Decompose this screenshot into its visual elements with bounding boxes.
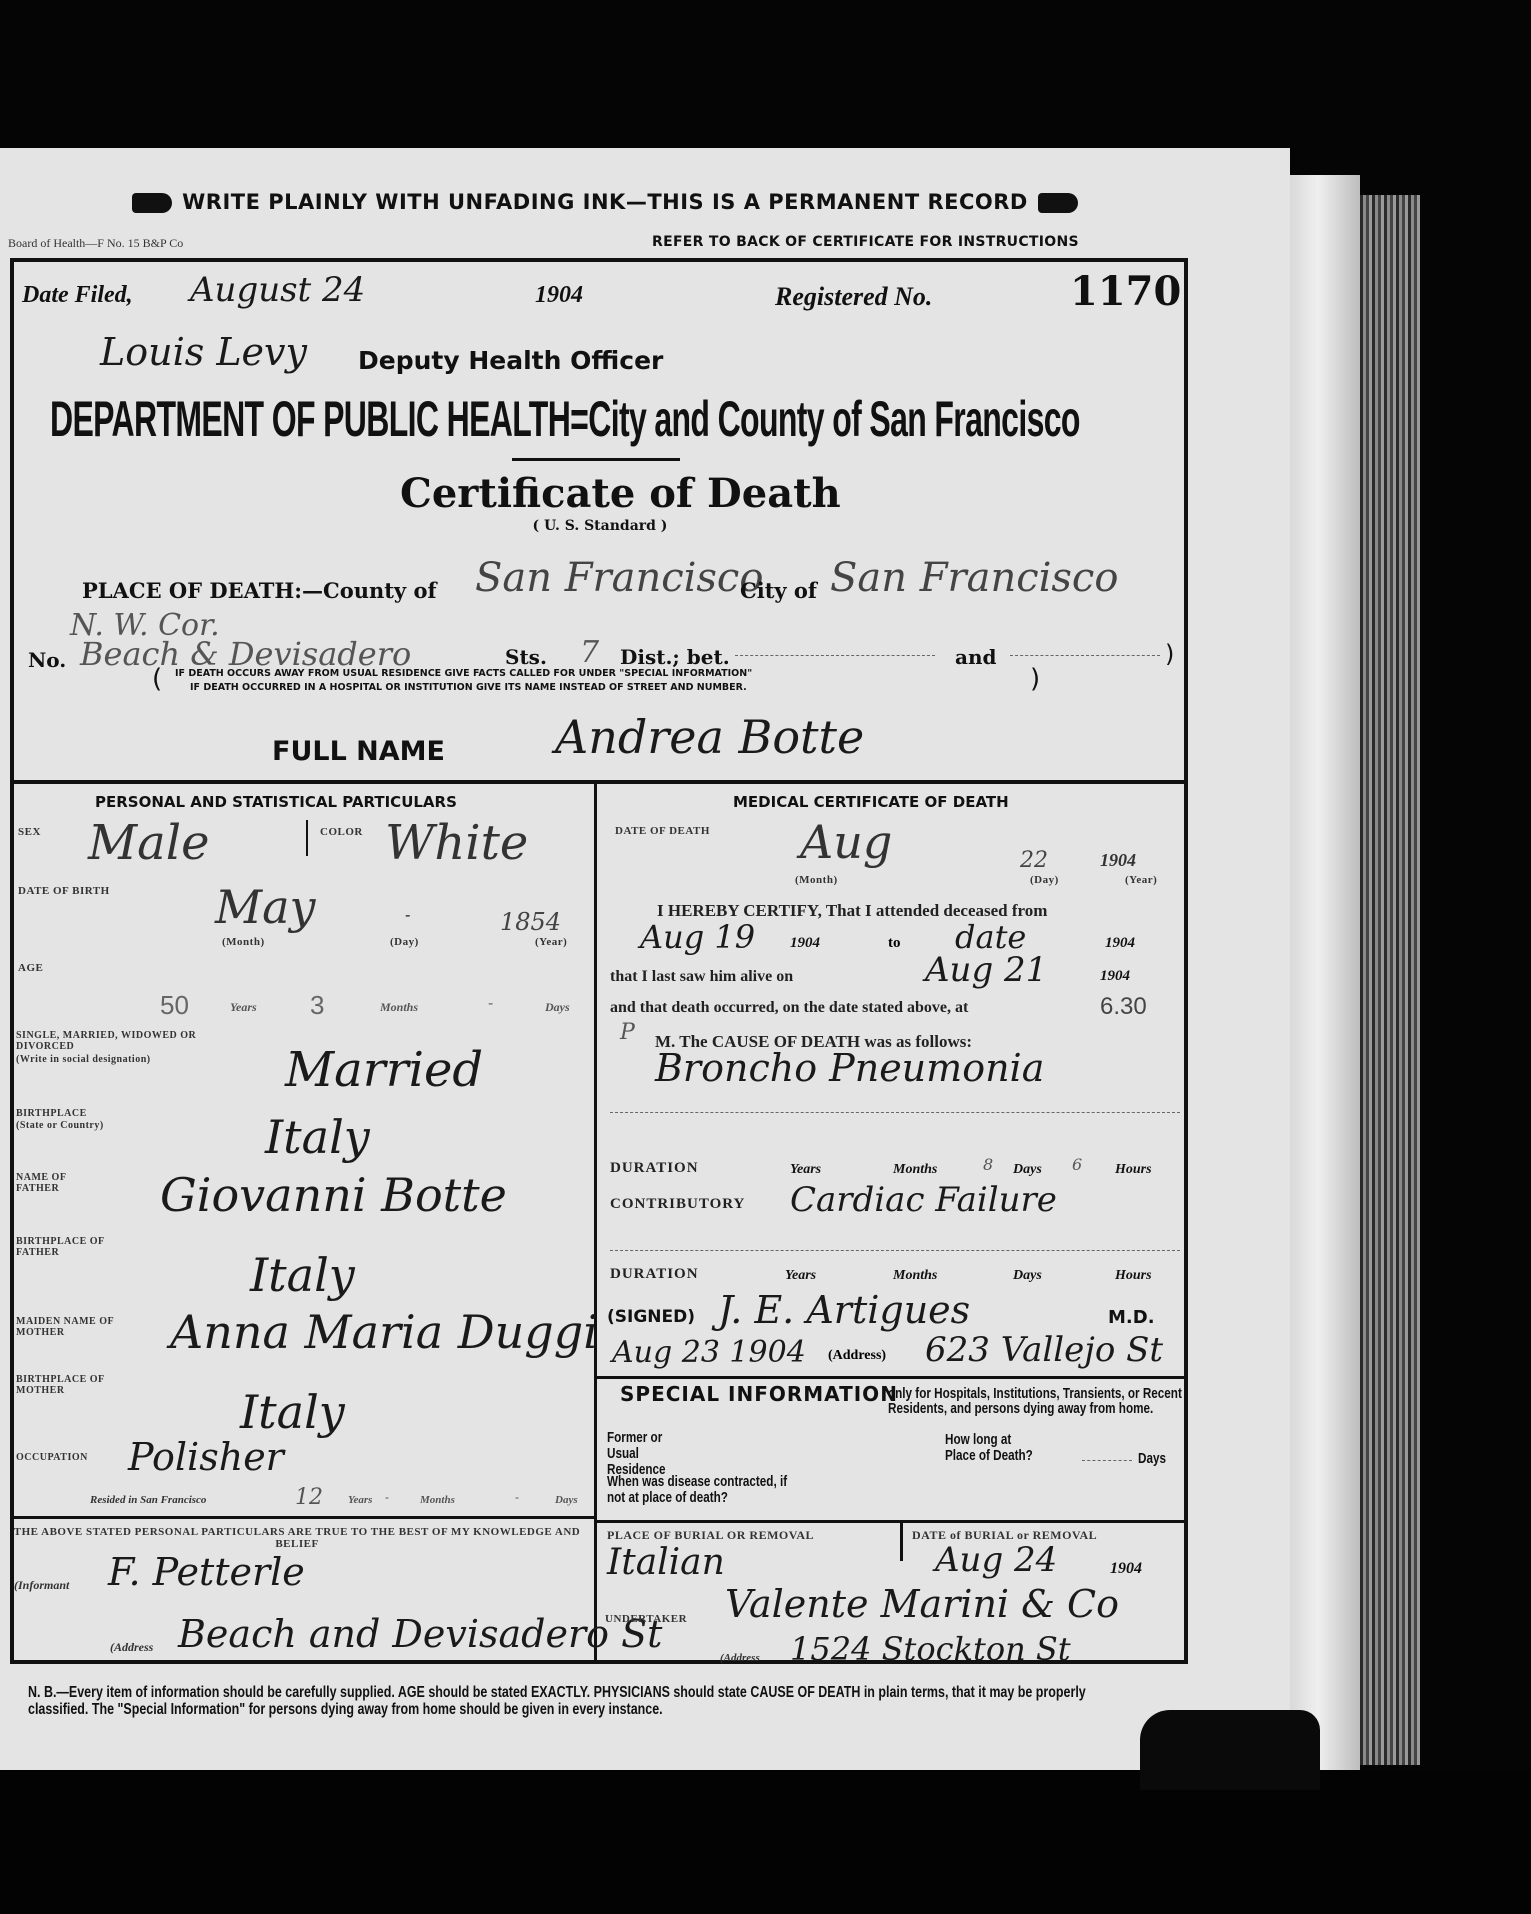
department-title: DEPARTMENT OF PUBLIC HEALTH=City and Cou…: [50, 390, 1080, 448]
dod-month-caption: (Month): [795, 874, 838, 886]
scan-background-bottom: [0, 1770, 1531, 1914]
signed-date: Aug 23 1904: [612, 1335, 806, 1370]
paren-close: ): [1165, 640, 1174, 668]
date-filed-year: 1904: [535, 282, 583, 309]
dod-year: 1904: [1100, 850, 1136, 871]
burial-place-label: PLACE OF BURIAL OR REMOVAL: [607, 1528, 814, 1543]
duration2-months-label: Months: [893, 1268, 937, 1284]
day-caption: (Day): [390, 936, 419, 948]
sex-label: SEX: [18, 826, 41, 838]
residence-note-line2: IF DEATH OCCURRED IN A HOSPITAL OR INSTI…: [190, 682, 747, 693]
marital-label: SINGLE, MARRIED, WIDOWED OR DIVORCED: [16, 1030, 246, 1052]
and-label: and: [955, 645, 996, 669]
year-caption: (Year): [535, 936, 567, 948]
informant-name: F. Petterle: [108, 1550, 305, 1594]
duration2-hours-label: Hours: [1115, 1268, 1152, 1284]
age-days-label: Days: [545, 1000, 570, 1015]
burial-year: 1904: [1110, 1560, 1142, 1578]
contributory-value: Cardiac Failure: [790, 1180, 1057, 1220]
informant-divider: [12, 1516, 594, 1519]
registered-label: Registered No.: [775, 282, 932, 312]
city-value: San Francisco: [830, 555, 1118, 601]
book-page-edge: [1290, 175, 1360, 1775]
place-of-death-label: PLACE OF DEATH:—County of: [82, 578, 437, 603]
banner: WRITE PLAINLY WITH UNFADING INK—THIS IS …: [60, 190, 1150, 214]
dod-day-caption: (Day): [1030, 874, 1059, 886]
cause-line: [610, 1112, 1180, 1113]
date-filed-label: Date Filed,: [22, 282, 133, 309]
column-divider: [594, 784, 597, 1664]
sex-color-divider: [306, 820, 308, 856]
mother-birthplace-label: BIRTHPLACE OF MOTHER: [16, 1374, 126, 1396]
age-label: AGE: [18, 962, 43, 974]
informant-address-label: (Address: [110, 1640, 153, 1655]
informant-statement: THE ABOVE STATED PERSONAL PARTICULARS AR…: [12, 1526, 582, 1550]
full-name-label: FULL NAME: [272, 736, 445, 767]
special-divider: [597, 1376, 1184, 1379]
duration1-days-label: Days: [1013, 1162, 1042, 1178]
resided-years: 12: [295, 1485, 323, 1510]
contributory-label: CONTRIBUTORY: [610, 1196, 745, 1213]
undertaker-label: UNDERTAKER: [605, 1613, 687, 1625]
resided-months: -: [385, 1490, 389, 1504]
attended-to-year: 1904: [1105, 935, 1135, 952]
last-saw-date: Aug 21: [925, 950, 1047, 990]
age-months-label: Months: [380, 1000, 418, 1015]
dist-and-field: [1010, 655, 1160, 656]
duration1-months-label: Months: [893, 1162, 937, 1178]
father-birthplace-value: Italy: [250, 1248, 355, 1302]
scan-background-top: [0, 0, 1531, 150]
former-residence-label: Former or Usual Residence: [607, 1430, 685, 1478]
duration2-label: DURATION: [610, 1266, 699, 1283]
attended-from-year: 1904: [790, 935, 820, 952]
birthplace-value: Italy: [265, 1110, 370, 1164]
dod-day: 22: [1020, 848, 1048, 873]
instructions-note: REFER TO BACK OF CERTIFICATE FOR INSTRUC…: [652, 234, 1079, 250]
paren-open: (: [152, 664, 162, 694]
dod-label: DATE OF DEATH: [615, 825, 710, 837]
how-long-field: [1082, 1460, 1132, 1461]
sex-value: Male: [88, 815, 210, 871]
how-long-label: How long at Place of Death?: [945, 1432, 1039, 1464]
undertaker-value: Valente Marini & Co: [725, 1582, 1119, 1626]
duration1-years-label: Years: [790, 1162, 821, 1178]
last-saw-text: that I last saw him alive on: [610, 968, 793, 986]
burial-column-divider: [900, 1523, 903, 1561]
dod-month: Aug: [800, 815, 892, 869]
age-years-label: Years: [230, 1000, 257, 1015]
cause-value: Broncho Pneumonia: [655, 1046, 1044, 1090]
duration1-hours: 6: [1072, 1155, 1082, 1174]
certificate-title: Certificate of Death: [400, 470, 800, 517]
last-saw-year: 1904: [1100, 968, 1130, 985]
dob-day: -: [405, 905, 410, 924]
duration1-label: DURATION: [610, 1160, 699, 1177]
color-label: COLOR: [320, 826, 363, 838]
county-value: San Francisco: [475, 555, 763, 601]
city-label: City of: [740, 578, 817, 603]
resided-label: Resided in San Francisco: [90, 1494, 206, 1506]
father-label: NAME OF FATHER: [16, 1172, 106, 1194]
occurred-text: and that death occurred, on the date sta…: [610, 999, 968, 1017]
residence-note-line1: IF DEATH OCCURS AWAY FROM USUAL RESIDENC…: [175, 668, 752, 679]
month-caption: (Month): [222, 936, 265, 948]
date-filed-value: August 24: [190, 270, 365, 310]
medical-heading: MEDICAL CERTIFICATE OF DEATH: [733, 793, 1009, 811]
dist-between-field: [735, 655, 935, 656]
attended-from: Aug 19: [640, 918, 755, 956]
occupation-value: Polisher: [128, 1435, 284, 1479]
md-label: M.D.: [1108, 1307, 1155, 1328]
dist-label: Dist.; bet.: [620, 645, 730, 669]
informant-label: (Informant: [14, 1578, 69, 1593]
section-divider: [12, 780, 1184, 784]
dob-label: DATE OF BIRTH: [18, 885, 110, 897]
death-time: 6.30: [1100, 993, 1147, 1021]
book-page-stack: [1360, 195, 1420, 1765]
death-ampm: P: [620, 1020, 635, 1045]
sts-label: Sts.: [505, 645, 547, 669]
mother-value: Anna Maria Duggi: [170, 1305, 598, 1359]
banner-text: WRITE PLAINLY WITH UNFADING INK—THIS IS …: [182, 190, 1028, 214]
resided-days: -: [515, 1490, 519, 1504]
personal-heading: PERSONAL AND STATISTICAL PARTICULARS: [95, 793, 457, 811]
mother-birthplace-value: Italy: [240, 1385, 345, 1439]
dob-month: May: [215, 880, 316, 934]
physician-address-label: (Address): [828, 1348, 886, 1364]
dod-year-caption: (Year): [1125, 874, 1157, 886]
birthplace-label: BIRTHPLACE: [16, 1108, 87, 1119]
ward-value: 7: [580, 635, 599, 670]
contracted-label: When was disease contracted, if not at p…: [607, 1474, 794, 1506]
informant-address: Beach and Devisadero St: [178, 1612, 662, 1656]
father-birthplace-label: BIRTHPLACE OF FATHER: [16, 1236, 126, 1258]
special-note: only for Hospitals, Institutions, Transi…: [888, 1386, 1184, 1416]
pointing-hand-icon: [132, 193, 172, 213]
father-value: Giovanni Botte: [160, 1168, 507, 1222]
dob-year: 1854: [500, 908, 561, 936]
officer-signature: Louis Levy: [100, 330, 307, 374]
form-code: Board of Health—F No. 15 B&P Co: [8, 236, 183, 251]
registered-number: 1170: [1070, 268, 1181, 315]
burial-divider: [597, 1520, 1184, 1523]
title-divider: [512, 458, 680, 461]
burial-place-value: Italian: [607, 1542, 725, 1583]
officer-title: Deputy Health Officer: [358, 346, 663, 375]
duration1-hours-label: Hours: [1115, 1162, 1152, 1178]
full-name-value: Andrea Botte: [555, 710, 864, 764]
burial-date-value: Aug 24: [935, 1540, 1057, 1580]
signed-name: J. E. Artigues: [718, 1288, 970, 1332]
undertaker-address: 1524 Stockton St: [790, 1630, 1071, 1668]
resided-months-label: Months: [420, 1494, 455, 1506]
resided-years-label: Years: [348, 1494, 372, 1506]
resided-days-label: Days: [555, 1494, 578, 1506]
signed-label: (SIGNED): [607, 1307, 695, 1327]
mother-label: MAIDEN NAME OF MOTHER: [16, 1316, 146, 1338]
standard-subtitle: ( U. S. Standard ): [500, 518, 700, 534]
thumb-shadow: [1140, 1710, 1320, 1790]
birthplace-sub: (State or Country): [16, 1120, 104, 1131]
age-months: 3: [310, 990, 324, 1021]
duration2-days-label: Days: [1013, 1268, 1042, 1284]
occupation-label: OCCUPATION: [16, 1452, 88, 1463]
duration2-years-label: Years: [785, 1268, 816, 1284]
paren-close: ): [1030, 664, 1040, 694]
age-days: -: [488, 995, 493, 1013]
footer-note: N. B.—Every item of information should b…: [28, 1684, 1112, 1718]
physician-address: 623 Vallejo St: [925, 1330, 1163, 1370]
age-years: 50: [160, 990, 189, 1021]
special-heading: SPECIAL INFORMATION: [620, 1382, 898, 1406]
duration1-days: 8: [983, 1155, 993, 1174]
pointing-hand-icon: [1038, 193, 1078, 213]
how-long-days-label: Days: [1138, 1450, 1166, 1467]
street-no-label: No.: [28, 648, 66, 672]
contributory-line: [610, 1250, 1180, 1251]
to-label: to: [888, 935, 901, 952]
undertaker-address-label: (Address: [720, 1652, 760, 1664]
color-value: White: [385, 815, 528, 871]
marital-value: Married: [285, 1042, 483, 1098]
marital-sub: (Write in social designation): [16, 1054, 151, 1065]
